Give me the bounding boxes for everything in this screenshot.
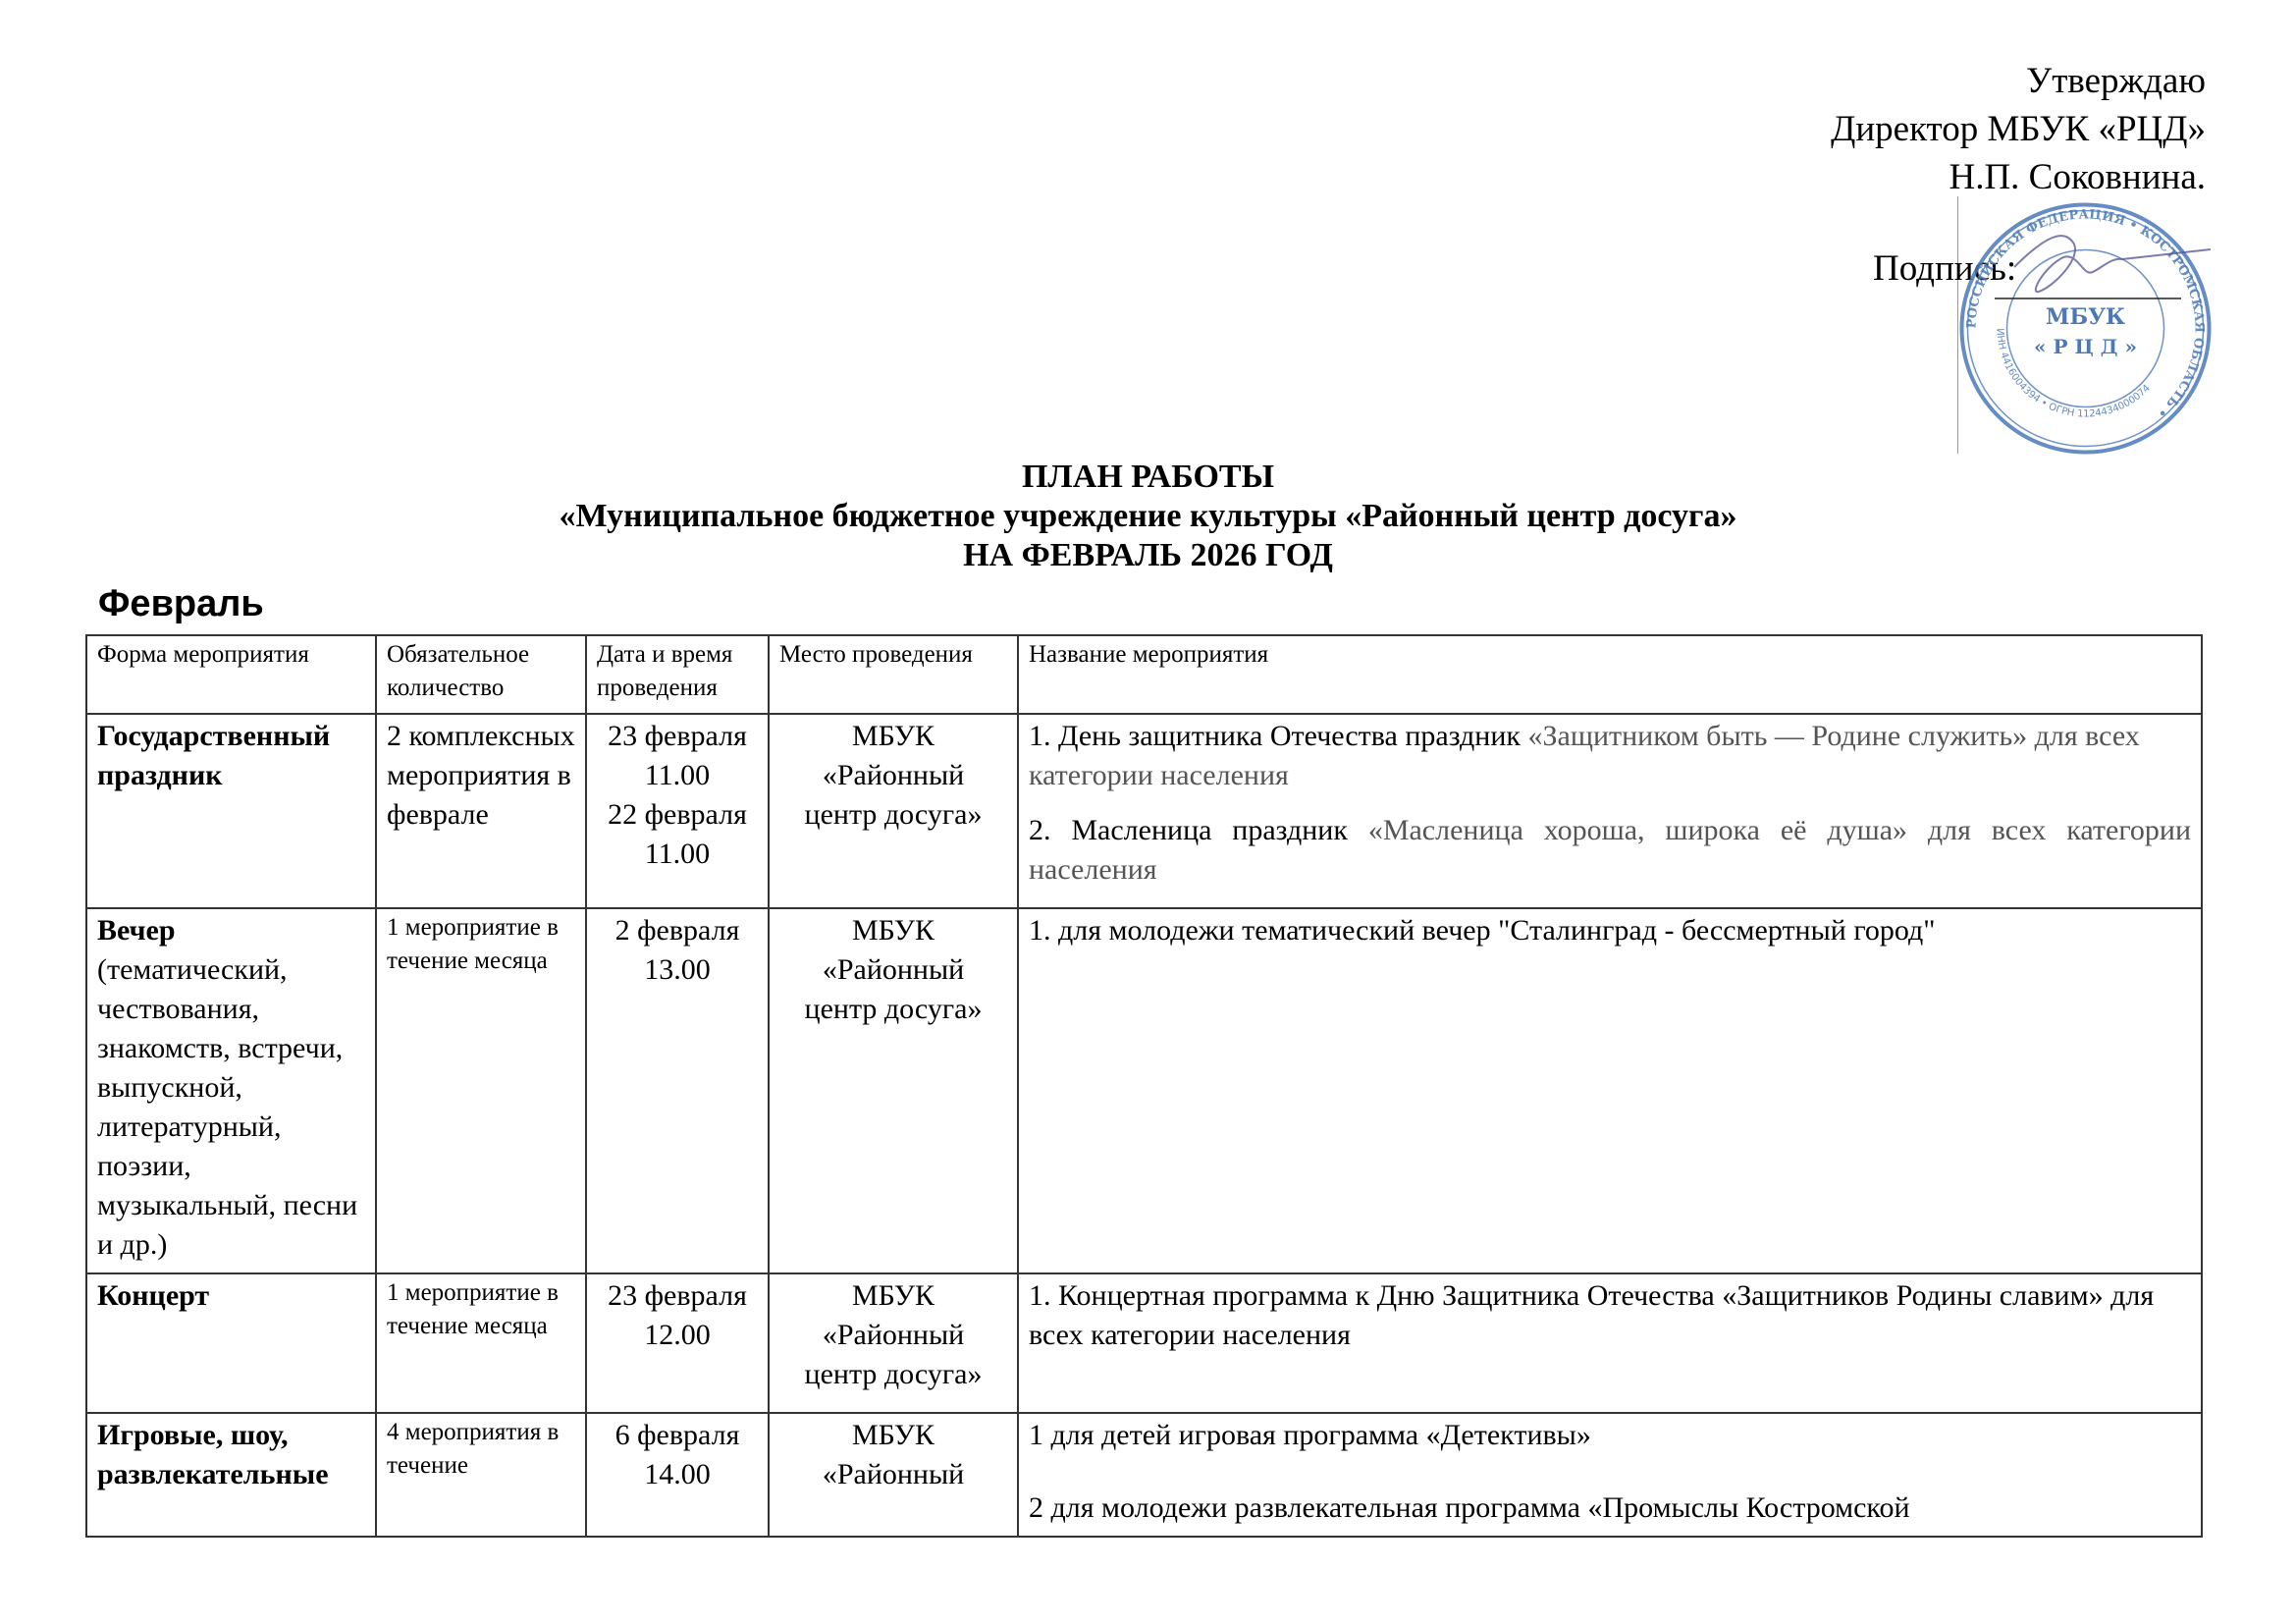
form-title: Государственный праздник: [97, 720, 330, 791]
time-text: 12.00: [597, 1316, 758, 1355]
stamp-icon: РОССИЙСКАЯ ФЕДЕРАЦИЯ • КОСТРОМСКАЯ ОБЛАС…: [1955, 198, 2216, 459]
header-quantity: Обязательное количество: [376, 635, 586, 714]
quantity-cell: 1 мероприятие в течение месяца: [376, 1273, 586, 1413]
event-item: 2. Масленица праздник «Масленица хороша,…: [1029, 811, 2191, 890]
document-title: ПЛАН РАБОТЫ «Муниципальное бюджетное учр…: [0, 458, 2296, 575]
form-note: (тематический, чествования, знакомств, в…: [97, 950, 365, 1265]
place-line: МБУК: [779, 1416, 1007, 1455]
place-line: центр досуга»: [779, 795, 1007, 835]
form-cell: Концерт: [86, 1273, 376, 1413]
form-cell: Игровые, шоу, развлекательные: [86, 1413, 376, 1537]
time-text: 14.00: [597, 1455, 758, 1494]
table-row: Вечер (тематический, чествования, знаком…: [86, 908, 2202, 1273]
place-line: центр досуга»: [779, 1355, 1007, 1394]
header-form: Форма мероприятия: [86, 635, 376, 714]
place-cell: МБУК «Районный центр досуга»: [769, 1273, 1018, 1413]
quantity-cell: 1 мероприятие в течение месяца: [376, 908, 586, 1273]
table-header-row: Форма мероприятия Обязательное количеств…: [86, 635, 2202, 714]
place-line: «Районный: [779, 1455, 1007, 1494]
date-text: 22 февраля: [597, 795, 758, 835]
table-row: Концерт 1 мероприятие в течение месяца 2…: [86, 1273, 2202, 1413]
date-text: 23 февраля: [597, 1276, 758, 1316]
form-title: Вечер: [97, 911, 365, 950]
header-place: Место проведения: [769, 635, 1018, 714]
approval-title: Утверждаю: [1831, 57, 2206, 105]
month-heading: Февраль: [98, 583, 264, 625]
approval-block: Утверждаю Директор МБУК «РЦД» Н.П. Соков…: [1831, 57, 2206, 201]
date-text: 2 февраля: [597, 911, 758, 950]
place-cell: МБУК «Районный: [769, 1413, 1018, 1537]
title-line-3: НА ФЕВРАЛЬ 2026 ГОД: [0, 536, 2296, 575]
event-item: 1. для молодежи тематический вечер "Стал…: [1029, 911, 2191, 950]
event-name-cell: 1. для молодежи тематический вечер "Стал…: [1018, 908, 2202, 1273]
place-line: МБУК: [779, 717, 1007, 756]
date-cell: 2 февраля 13.00: [586, 908, 769, 1273]
approval-position: Директор МБУК «РЦД»: [1831, 105, 2206, 153]
time-text: 11.00: [597, 835, 758, 874]
event-item: 2 для молодежи развлекательная программа…: [1029, 1489, 2191, 1528]
quantity-cell: 4 мероприятия в течение: [376, 1413, 586, 1537]
approval-person: Н.П. Соковнина.: [1831, 153, 2206, 201]
place-line: «Районный: [779, 756, 1007, 795]
time-text: 13.00: [597, 950, 758, 990]
title-line-1: ПЛАН РАБОТЫ: [0, 458, 2296, 497]
date-cell: 6 февраля 14.00: [586, 1413, 769, 1537]
date-cell: 23 февраля 12.00: [586, 1273, 769, 1413]
form-cell: Вечер (тематический, чествования, знаком…: [86, 908, 376, 1273]
date-text: 23 февраля: [597, 717, 758, 756]
events-table: Форма мероприятия Обязательное количеств…: [85, 634, 2203, 1538]
table-row: Игровые, шоу, развлекательные 4 мероприя…: [86, 1413, 2202, 1537]
place-line: МБУК: [779, 911, 1007, 950]
quantity-cell: 2 комплексных мероприятия в феврале: [376, 714, 586, 908]
form-title: Игровые, шоу, развлекательные: [97, 1419, 329, 1490]
table-row: Государственный праздник 2 комплексных м…: [86, 714, 2202, 908]
header-date: Дата и время проведения: [586, 635, 769, 714]
svg-text:« Р Ц Д »: « Р Ц Д »: [2034, 335, 2137, 358]
form-cell: Государственный праздник: [86, 714, 376, 908]
svg-text:МБУК: МБУК: [2046, 304, 2125, 330]
event-name-cell: 1 для детей игровая программа «Детективы…: [1018, 1413, 2202, 1537]
header-name: Название мероприятия: [1018, 635, 2202, 714]
event-name-cell: 1. День защитника Отечества праздник «За…: [1018, 714, 2202, 908]
event-item: 1. Концертная программа к Дню Защитника …: [1029, 1276, 2191, 1355]
date-text: 6 февраля: [597, 1416, 758, 1455]
place-line: «Районный: [779, 1316, 1007, 1355]
place-cell: МБУК «Районный центр досуга»: [769, 714, 1018, 908]
event-name-cell: 1. Концертная программа к Дню Защитника …: [1018, 1273, 2202, 1413]
place-line: МБУК: [779, 1276, 1007, 1316]
time-text: 11.00: [597, 756, 758, 795]
title-line-2: «Муниципальное бюджетное учреждение куль…: [0, 497, 2296, 536]
place-line: центр досуга»: [779, 990, 1007, 1029]
event-item: 1 для детей игровая программа «Детективы…: [1029, 1416, 2191, 1455]
form-title: Концерт: [97, 1279, 209, 1312]
place-cell: МБУК «Районный центр досуга»: [769, 908, 1018, 1273]
place-line: «Районный: [779, 950, 1007, 990]
date-cell: 23 февраля 11.00 22 февраля 11.00: [586, 714, 769, 908]
event-item: 1. День защитника Отечества праздник «За…: [1029, 717, 2191, 795]
